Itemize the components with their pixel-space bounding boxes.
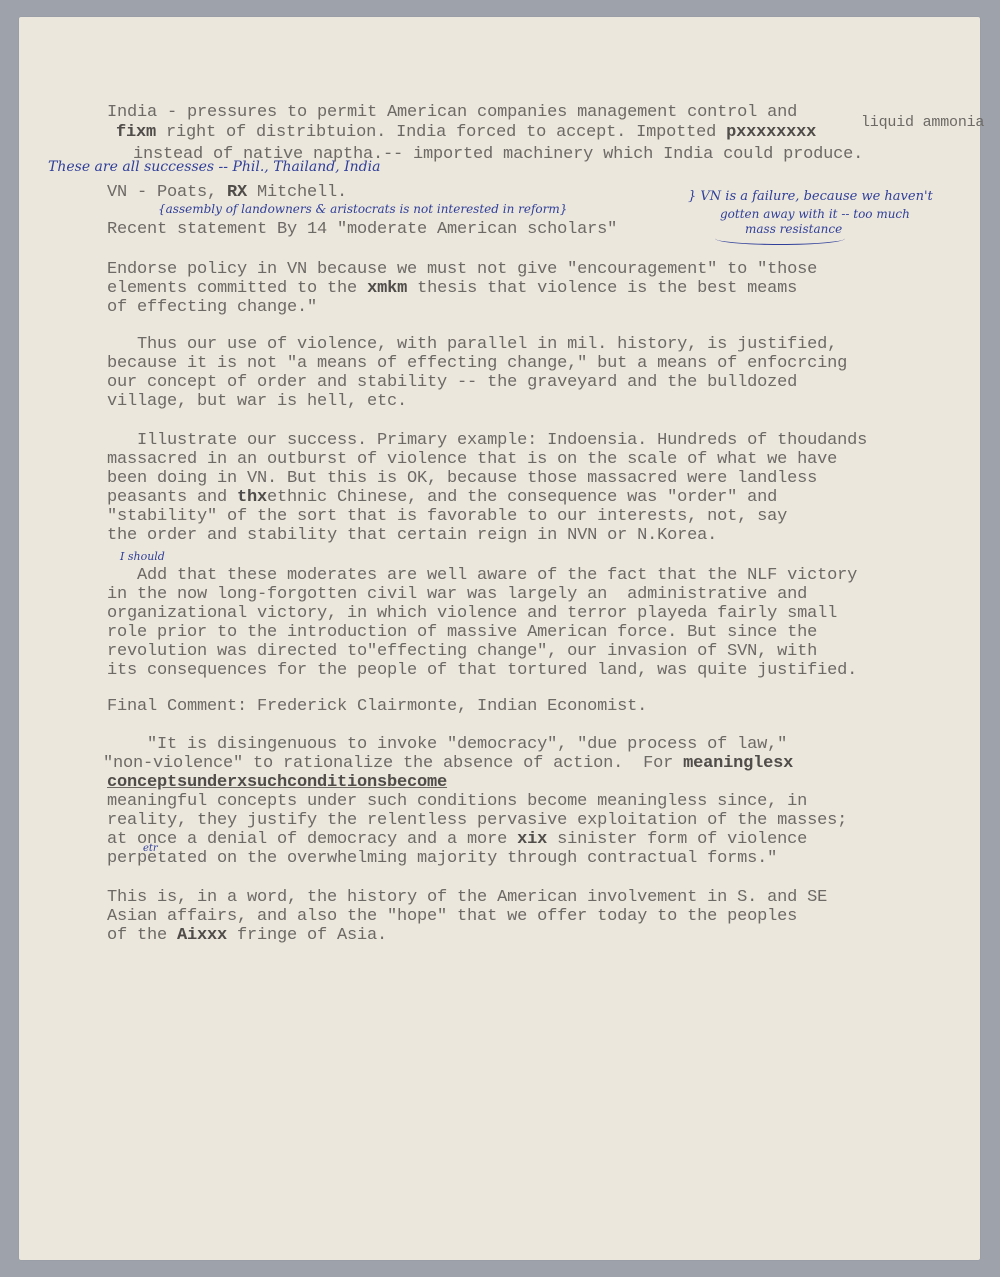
add-line-4: role prior to the introduction of massiv… [107,623,817,642]
illustrate-line-2: massacred in an outburst of violence tha… [107,450,837,469]
annotation-successes: These are all successes -- Phil., Thaila… [48,160,380,174]
illustrate-text-b: ethnic Chinese, and the consequence was … [267,488,777,507]
endorse-line-3: of effecting change." [107,298,317,317]
add-line-2: in the now long-forgotten civil war was … [107,585,807,604]
quote-line-strike: conceptsunderxsuchconditionsbecome [107,773,447,792]
closing-line-2: Asian affairs, and also the "hope" that … [107,907,797,926]
strikeout: thx [237,488,267,507]
quote-line-6: perpetated on the overwhelming majority … [107,849,777,868]
strikeout: RX [227,183,247,202]
closing-text-b: fringe of Asia. [227,926,387,945]
add-line-6: its consequences for the people of that … [107,661,857,680]
illustrate-text-a: peasants and [107,488,237,507]
annotation-vn-failure-1: } VN is a failure, because we haven't [688,190,933,204]
vn-prefix: VN - [107,183,157,202]
endorse-line-1: Endorse policy in VN because we must not… [107,260,817,279]
quote-line-5: at once a denial of democracy and a more… [107,830,807,849]
closing-line-1: This is, in a word, the history of the A… [107,888,827,907]
closing-line-3: of the Aixxx fringe of Asia. [107,926,387,945]
strikeout: Aixxx [177,926,227,945]
vn-suffix: Mitchell. [247,183,347,202]
strikeout: fixm [116,123,156,142]
add-line-3: organizational victory, in which violenc… [107,604,837,623]
endorse-text-b: thesis that violence is the best meams [407,279,797,298]
illustrate-line-3: been doing in VN. But this is OK, becaus… [107,469,817,488]
underline-mark [715,232,845,245]
india-line-2: fixm right of distribtuion. India forced… [116,123,816,142]
quote-line-3: meaningful concepts under such condition… [107,792,807,811]
illustrate-line-4: peasants and thxethnic Chinese, and the … [107,488,777,507]
closing-text-a: of the [107,926,177,945]
quote-line-1: "It is disingenuous to invoke "democracy… [107,735,787,754]
quote-text-b: at once a denial of democracy and a more [107,830,517,849]
recent-statement-line: Recent statement By 14 "moderate America… [107,220,617,239]
vn-line: VN - Poats, RX Mitchell. [107,183,347,202]
vn-names: Poats, [157,183,227,202]
strikeout: conceptsunderxsuchconditionsbecome [107,773,447,792]
endorse-text-a: elements committed to the [107,279,357,298]
thus-line-2: because it is not "a means of effecting … [107,354,847,373]
quote-line-4: reality, they justify the relentless per… [107,811,847,830]
add-line-5: revolution was directed to"effecting cha… [107,642,817,661]
annotation-vn-failure-2: gotten away with it -- too much [720,207,910,221]
india-line-2-text: right of distribtuion. India forced to a… [166,123,716,142]
strikeout: xix [517,830,547,849]
endorse-line-2: elements committed to the xmkm thesis th… [107,279,797,298]
thus-line-4: village, but war is hell, etc. [107,392,407,411]
quote-text-a: "non-violence" to rationalize the absenc… [103,754,683,773]
strikeout: pxxxxxxxx [726,123,816,142]
illustrate-line-6: the order and stability that certain rei… [107,526,717,545]
thus-line-3: our concept of order and stability -- th… [107,373,797,392]
annotation-i-should: I should [120,550,165,564]
quote-text-c: sinister form of violence [547,830,807,849]
thus-line-1: Thus our use of violence, with parallel … [107,335,837,354]
strikeout: xmkm [367,279,407,298]
strikeout: meaninglesx [683,754,793,773]
insert-liquid-ammonia: liquid ammonia [861,113,984,132]
illustrate-line-5: "stability" of the sort that is favorabl… [107,507,787,526]
add-line-1: Add that these moderates are well aware … [107,566,857,585]
annotation-assembly: {assembly of landowners & aristocrats is… [158,202,567,216]
india-line-1: India - pressures to permit American com… [107,103,797,122]
illustrate-line-1: Illustrate our success. Primary example:… [107,431,867,450]
final-comment: Final Comment: Frederick Clairmonte, Ind… [107,697,647,716]
quote-line-2: "non-violence" to rationalize the absenc… [103,754,793,773]
